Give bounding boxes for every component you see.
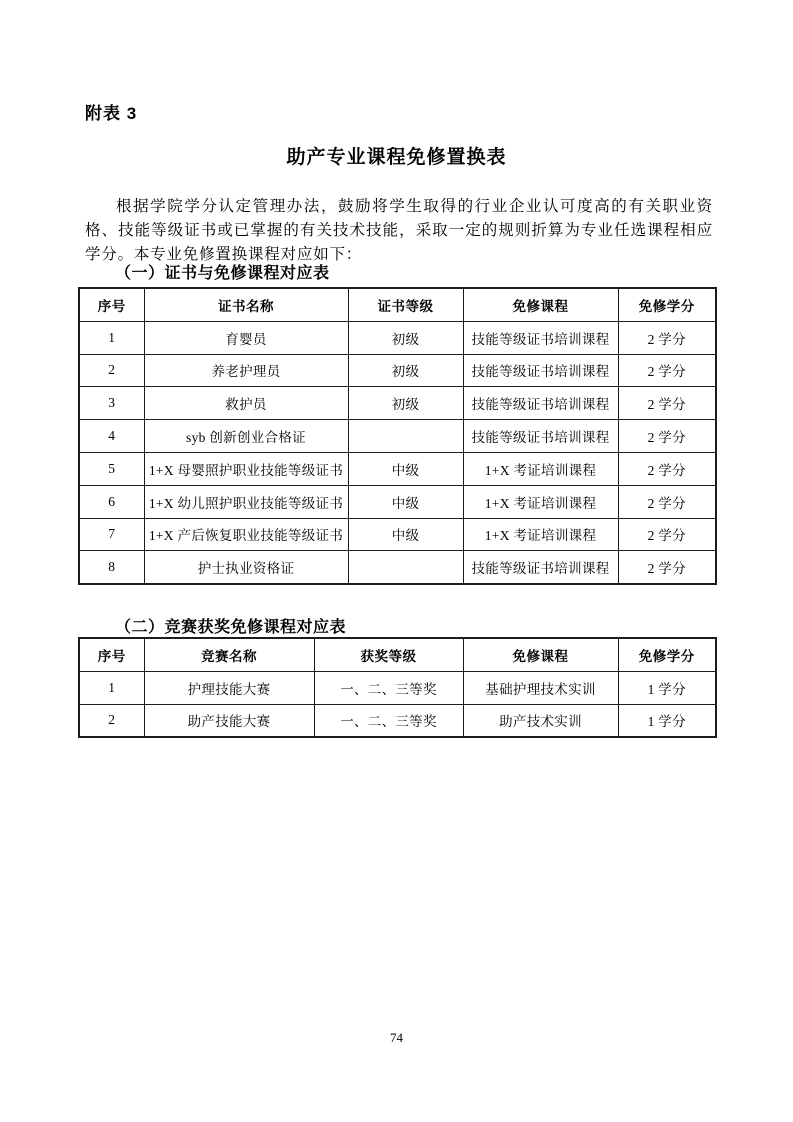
- document-page: 附表 3 助产专业课程免修置换表 根据学院学分认定管理办法，鼓励将学生取得的行业…: [0, 0, 793, 1122]
- table-header-row: 序号竞赛名称获奖等级免修课程免修学分: [79, 638, 716, 671]
- table-row: 51+X 母婴照护职业技能等级证书中级1+X 考证培训课程2 学分: [79, 452, 716, 485]
- table-cell: 1 学分: [618, 704, 716, 737]
- table-cell: 2 学分: [618, 452, 716, 485]
- table-cell: 一、二、三等奖: [314, 704, 463, 737]
- table-cell: 技能等级证书培训课程: [463, 387, 618, 420]
- table-row: 61+X 幼儿照护职业技能等级证书中级1+X 考证培训课程2 学分: [79, 485, 716, 518]
- column-header: 序号: [79, 288, 144, 321]
- table-cell: 1+X 产后恢复职业技能等级证书: [144, 518, 348, 551]
- table-cell: 初级: [348, 387, 463, 420]
- table-cell: [348, 420, 463, 453]
- competition-exemption-table: 序号竞赛名称获奖等级免修课程免修学分1护理技能大赛一、二、三等奖基础护理技术实训…: [78, 637, 717, 738]
- table-cell: 1+X 考证培训课程: [463, 485, 618, 518]
- table-cell: 技能等级证书培训课程: [463, 551, 618, 584]
- column-header: 序号: [79, 638, 144, 671]
- table-cell: 2 学分: [618, 518, 716, 551]
- column-header: 免修学分: [618, 638, 716, 671]
- table-cell: 4: [79, 420, 144, 453]
- table-cell: 育婴员: [144, 321, 348, 354]
- table-cell: 助产技术实训: [463, 704, 618, 737]
- page-title: 助产专业课程免修置换表: [0, 142, 793, 169]
- table-cell: 2 学分: [618, 387, 716, 420]
- table-cell: 1+X 考证培训课程: [463, 518, 618, 551]
- table-cell: 2: [79, 354, 144, 387]
- table-cell: 2 学分: [618, 485, 716, 518]
- section-heading-competitions: （二）竞赛获奖免修课程对应表: [115, 614, 346, 637]
- table-cell: 护士执业资格证: [144, 551, 348, 584]
- table-row: 2助产技能大赛一、二、三等奖助产技术实训1 学分: [79, 704, 716, 737]
- table-cell: 基础护理技术实训: [463, 671, 618, 704]
- column-header: 免修课程: [463, 638, 618, 671]
- table-row: 1护理技能大赛一、二、三等奖基础护理技术实训1 学分: [79, 671, 716, 704]
- table-cell: syb 创新创业合格证: [144, 420, 348, 453]
- column-header: 免修课程: [463, 288, 618, 321]
- table-cell: 5: [79, 452, 144, 485]
- table-cell: 技能等级证书培训课程: [463, 354, 618, 387]
- table-cell: 3: [79, 387, 144, 420]
- table-cell: 7: [79, 518, 144, 551]
- page-number: 74: [0, 1030, 793, 1046]
- table-row: 4syb 创新创业合格证技能等级证书培训课程2 学分: [79, 420, 716, 453]
- table-cell: 技能等级证书培训课程: [463, 420, 618, 453]
- table-cell: 中级: [348, 518, 463, 551]
- table-cell: 初级: [348, 321, 463, 354]
- table-cell: 助产技能大赛: [144, 704, 314, 737]
- table-cell: 1: [79, 321, 144, 354]
- table-cell: 8: [79, 551, 144, 584]
- column-header: 证书名称: [144, 288, 348, 321]
- table-cell: 1+X 考证培训课程: [463, 452, 618, 485]
- table-row: 8护士执业资格证技能等级证书培训课程2 学分: [79, 551, 716, 584]
- table-cell: 养老护理员: [144, 354, 348, 387]
- table-cell: [348, 551, 463, 584]
- table-cell: 护理技能大赛: [144, 671, 314, 704]
- table-cell: 1+X 母婴照护职业技能等级证书: [144, 452, 348, 485]
- column-header: 竞赛名称: [144, 638, 314, 671]
- table-row: 2养老护理员初级技能等级证书培训课程2 学分: [79, 354, 716, 387]
- appendix-label: 附表 3: [85, 99, 137, 124]
- table-row: 3救护员初级技能等级证书培训课程2 学分: [79, 387, 716, 420]
- table-cell: 初级: [348, 354, 463, 387]
- table-cell: 2 学分: [618, 551, 716, 584]
- intro-paragraph: 根据学院学分认定管理办法，鼓励将学生取得的行业企业认可度高的有关职业资格、技能等…: [85, 195, 713, 267]
- column-header: 证书等级: [348, 288, 463, 321]
- table-cell: 2: [79, 704, 144, 737]
- table-cell: 救护员: [144, 387, 348, 420]
- table-cell: 2 学分: [618, 354, 716, 387]
- table-row: 1育婴员初级技能等级证书培训课程2 学分: [79, 321, 716, 354]
- table-cell: 一、二、三等奖: [314, 671, 463, 704]
- table-header-row: 序号证书名称证书等级免修课程免修学分: [79, 288, 716, 321]
- table-cell: 6: [79, 485, 144, 518]
- column-header: 获奖等级: [314, 638, 463, 671]
- certificate-exemption-table: 序号证书名称证书等级免修课程免修学分1育婴员初级技能等级证书培训课程2 学分2养…: [78, 287, 717, 585]
- column-header: 免修学分: [618, 288, 716, 321]
- table-cell: 中级: [348, 452, 463, 485]
- table-row: 71+X 产后恢复职业技能等级证书中级1+X 考证培训课程2 学分: [79, 518, 716, 551]
- section-heading-certificates: （一）证书与免修课程对应表: [115, 260, 330, 283]
- table-cell: 1 学分: [618, 671, 716, 704]
- table-cell: 2 学分: [618, 420, 716, 453]
- table-cell: 1: [79, 671, 144, 704]
- table-cell: 2 学分: [618, 321, 716, 354]
- table-cell: 技能等级证书培训课程: [463, 321, 618, 354]
- table-cell: 1+X 幼儿照护职业技能等级证书: [144, 485, 348, 518]
- table-cell: 中级: [348, 485, 463, 518]
